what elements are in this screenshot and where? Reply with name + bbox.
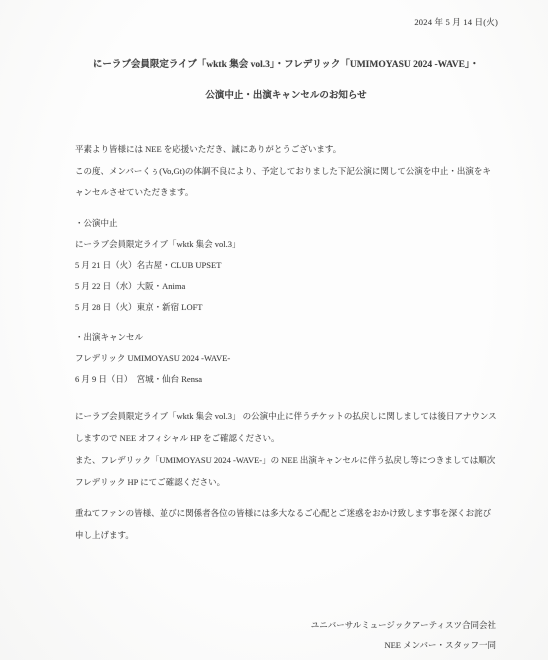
title-line-1: にーラブ会員限定ライブ「wktk 集会 vol.3」・フレデリック「UMIMOY…	[75, 50, 497, 81]
cancellation-section: ・公演中止 にーラブ会員限定ライブ「wktk 集会 vol.3」 5 月 21 …	[75, 213, 497, 318]
announcement-text: この度、メンバーくぅ(Vo,Gt)の体調不良により、予定しておりました下記公演に…	[75, 161, 497, 204]
title-line-2: 公演中止・出演キャンセルのお知らせ	[75, 81, 497, 112]
cancelled-show-item: 5 月 22 日（水）大阪・Anima	[75, 276, 497, 297]
refund-paragraph-1: にーラブ会員限定ライブ「wktk 集会 vol.3」 の公演中止に伴うチケットの…	[75, 405, 497, 449]
document-date: 2024 年 5 月 14 日(火)	[414, 16, 498, 28]
notice-document: 2024 年 5 月 14 日(火) にーラブ会員限定ライブ「wktk 集会 v…	[0, 0, 548, 660]
intro-paragraph: 平素より皆様には NEE を応援いただき、誠にありがとうございます。 この度、メ…	[75, 139, 497, 204]
cancelled-show-item: 5 月 28 日（火）東京・新宿 LOFT	[75, 297, 497, 318]
cancellation-event-name: にーラブ会員限定ライブ「wktk 集会 vol.3」	[75, 234, 497, 255]
greeting-text: 平素より皆様には NEE を応援いただき、誠にありがとうございます。	[75, 139, 497, 161]
refund-paragraph-2: また、フレデリック「UMIMOYASU 2024 -WAVE-」の NEE 出演…	[75, 449, 497, 493]
withdrawn-show-item: 6 月 9 日（日） 宮城・仙台 Rensa	[75, 369, 497, 390]
withdrawal-heading: ・出演キャンセル	[75, 327, 497, 348]
withdrawal-event-name: フレデリック UMIMOYASU 2024 -WAVE-	[75, 348, 497, 369]
cancellation-heading: ・公演中止	[75, 213, 497, 234]
withdrawal-section: ・出演キャンセル フレデリック UMIMOYASU 2024 -WAVE- 6 …	[75, 327, 497, 390]
document-body: 平素より皆様には NEE を応援いただき、誠にありがとうございます。 この度、メ…	[75, 139, 497, 546]
signature-members: NEE メンバー・スタッフ一同	[311, 635, 496, 655]
cancelled-show-item: 5 月 21 日（火）名古屋・CLUB UPSET	[75, 255, 497, 276]
apology-paragraph: 重ねてファンの皆様、並びに関係者各位の皆様には多大なるご心配とご迷惑をおかけ致し…	[75, 502, 497, 546]
signature-block: ユニバーサルミュージックアーティスツ合同会社 NEE メンバー・スタッフ一同	[311, 615, 496, 655]
document-title: にーラブ会員限定ライブ「wktk 集会 vol.3」・フレデリック「UMIMOY…	[75, 50, 497, 112]
signature-company: ユニバーサルミュージックアーティスツ合同会社	[311, 615, 496, 635]
